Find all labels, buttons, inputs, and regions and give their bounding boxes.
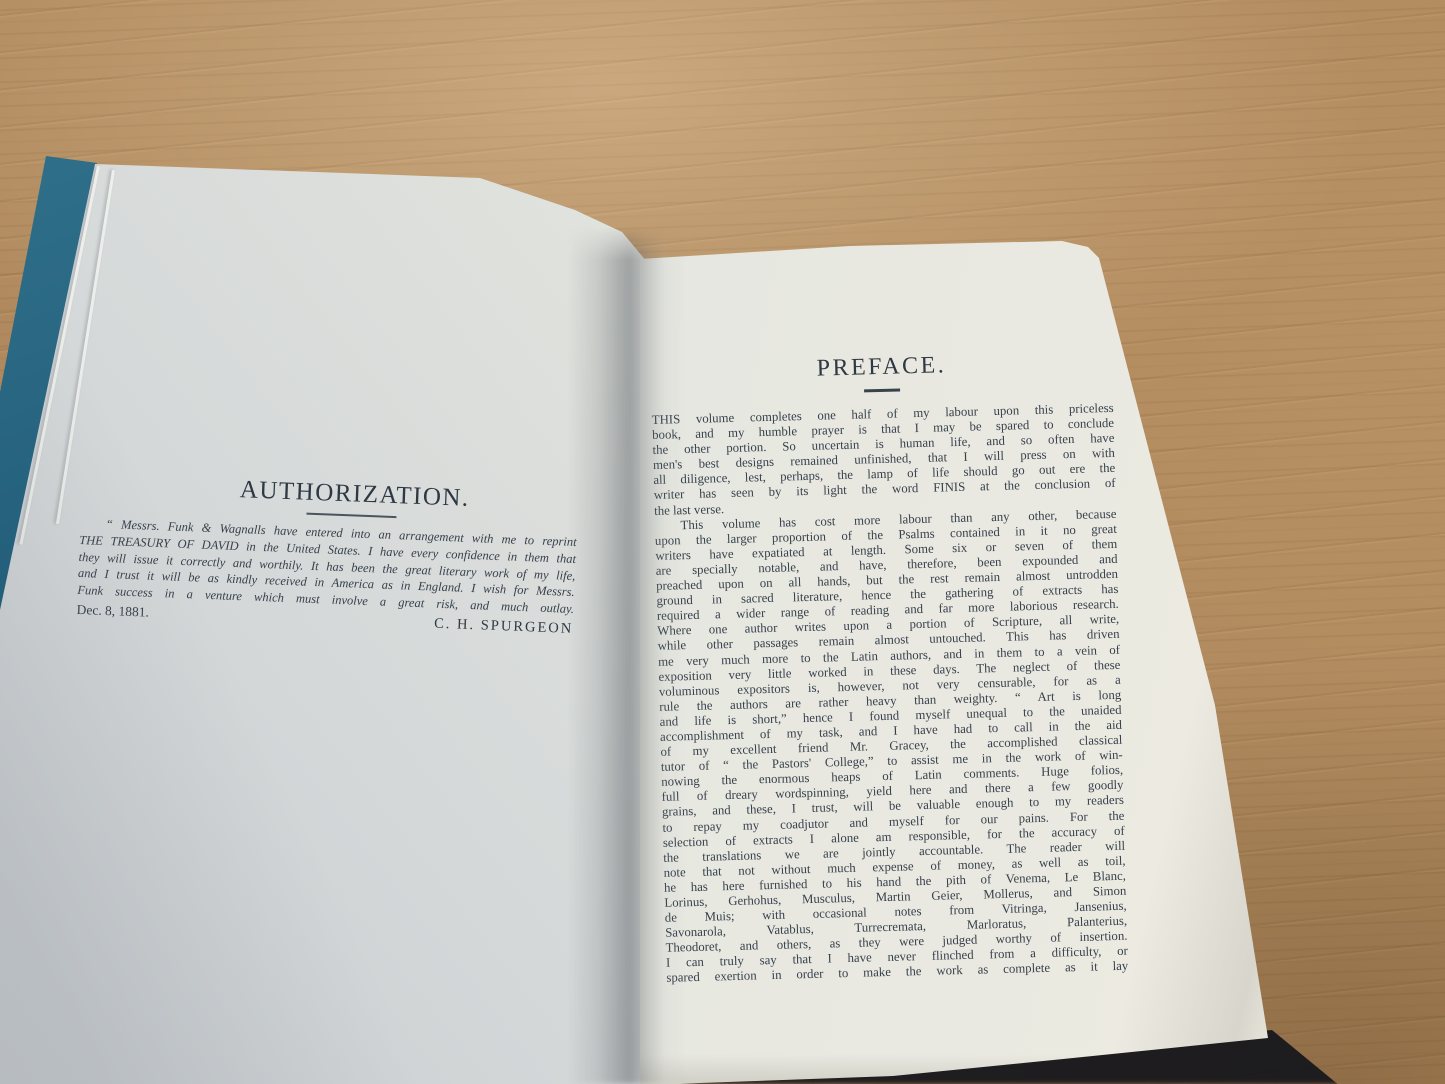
preface-heading: PREFACE.: [650, 348, 1113, 387]
paragraph: THIS volume completes one half of my lab…: [652, 401, 1117, 519]
authorization-heading: AUTHORIZATION.: [106, 471, 604, 518]
preface-block: PREFACE. THIS volume completes one half …: [650, 340, 1128, 986]
spurgeon-signature: C. H. SPURGEON: [434, 616, 574, 638]
heading-rule: [306, 513, 396, 518]
authorization-quote: “ Messrs. Funk & Wagnalls have entered i…: [77, 515, 577, 618]
book-photo-scene: AUTHORIZATION. “ Messrs. Funk & Wagnalls…: [0, 0, 1445, 1084]
heading-rule: [864, 388, 900, 392]
preface-body: THIS volume completes one half of my lab…: [652, 401, 1129, 986]
authorization-block: AUTHORIZATION. “ Messrs. Funk & Wagnalls…: [76, 470, 578, 638]
paragraph: This volume has cost more labour than an…: [654, 507, 1128, 987]
authorization-date: Dec. 8, 1881.: [76, 602, 149, 621]
paragraph: “ Messrs. Funk & Wagnalls have entered i…: [77, 515, 577, 618]
